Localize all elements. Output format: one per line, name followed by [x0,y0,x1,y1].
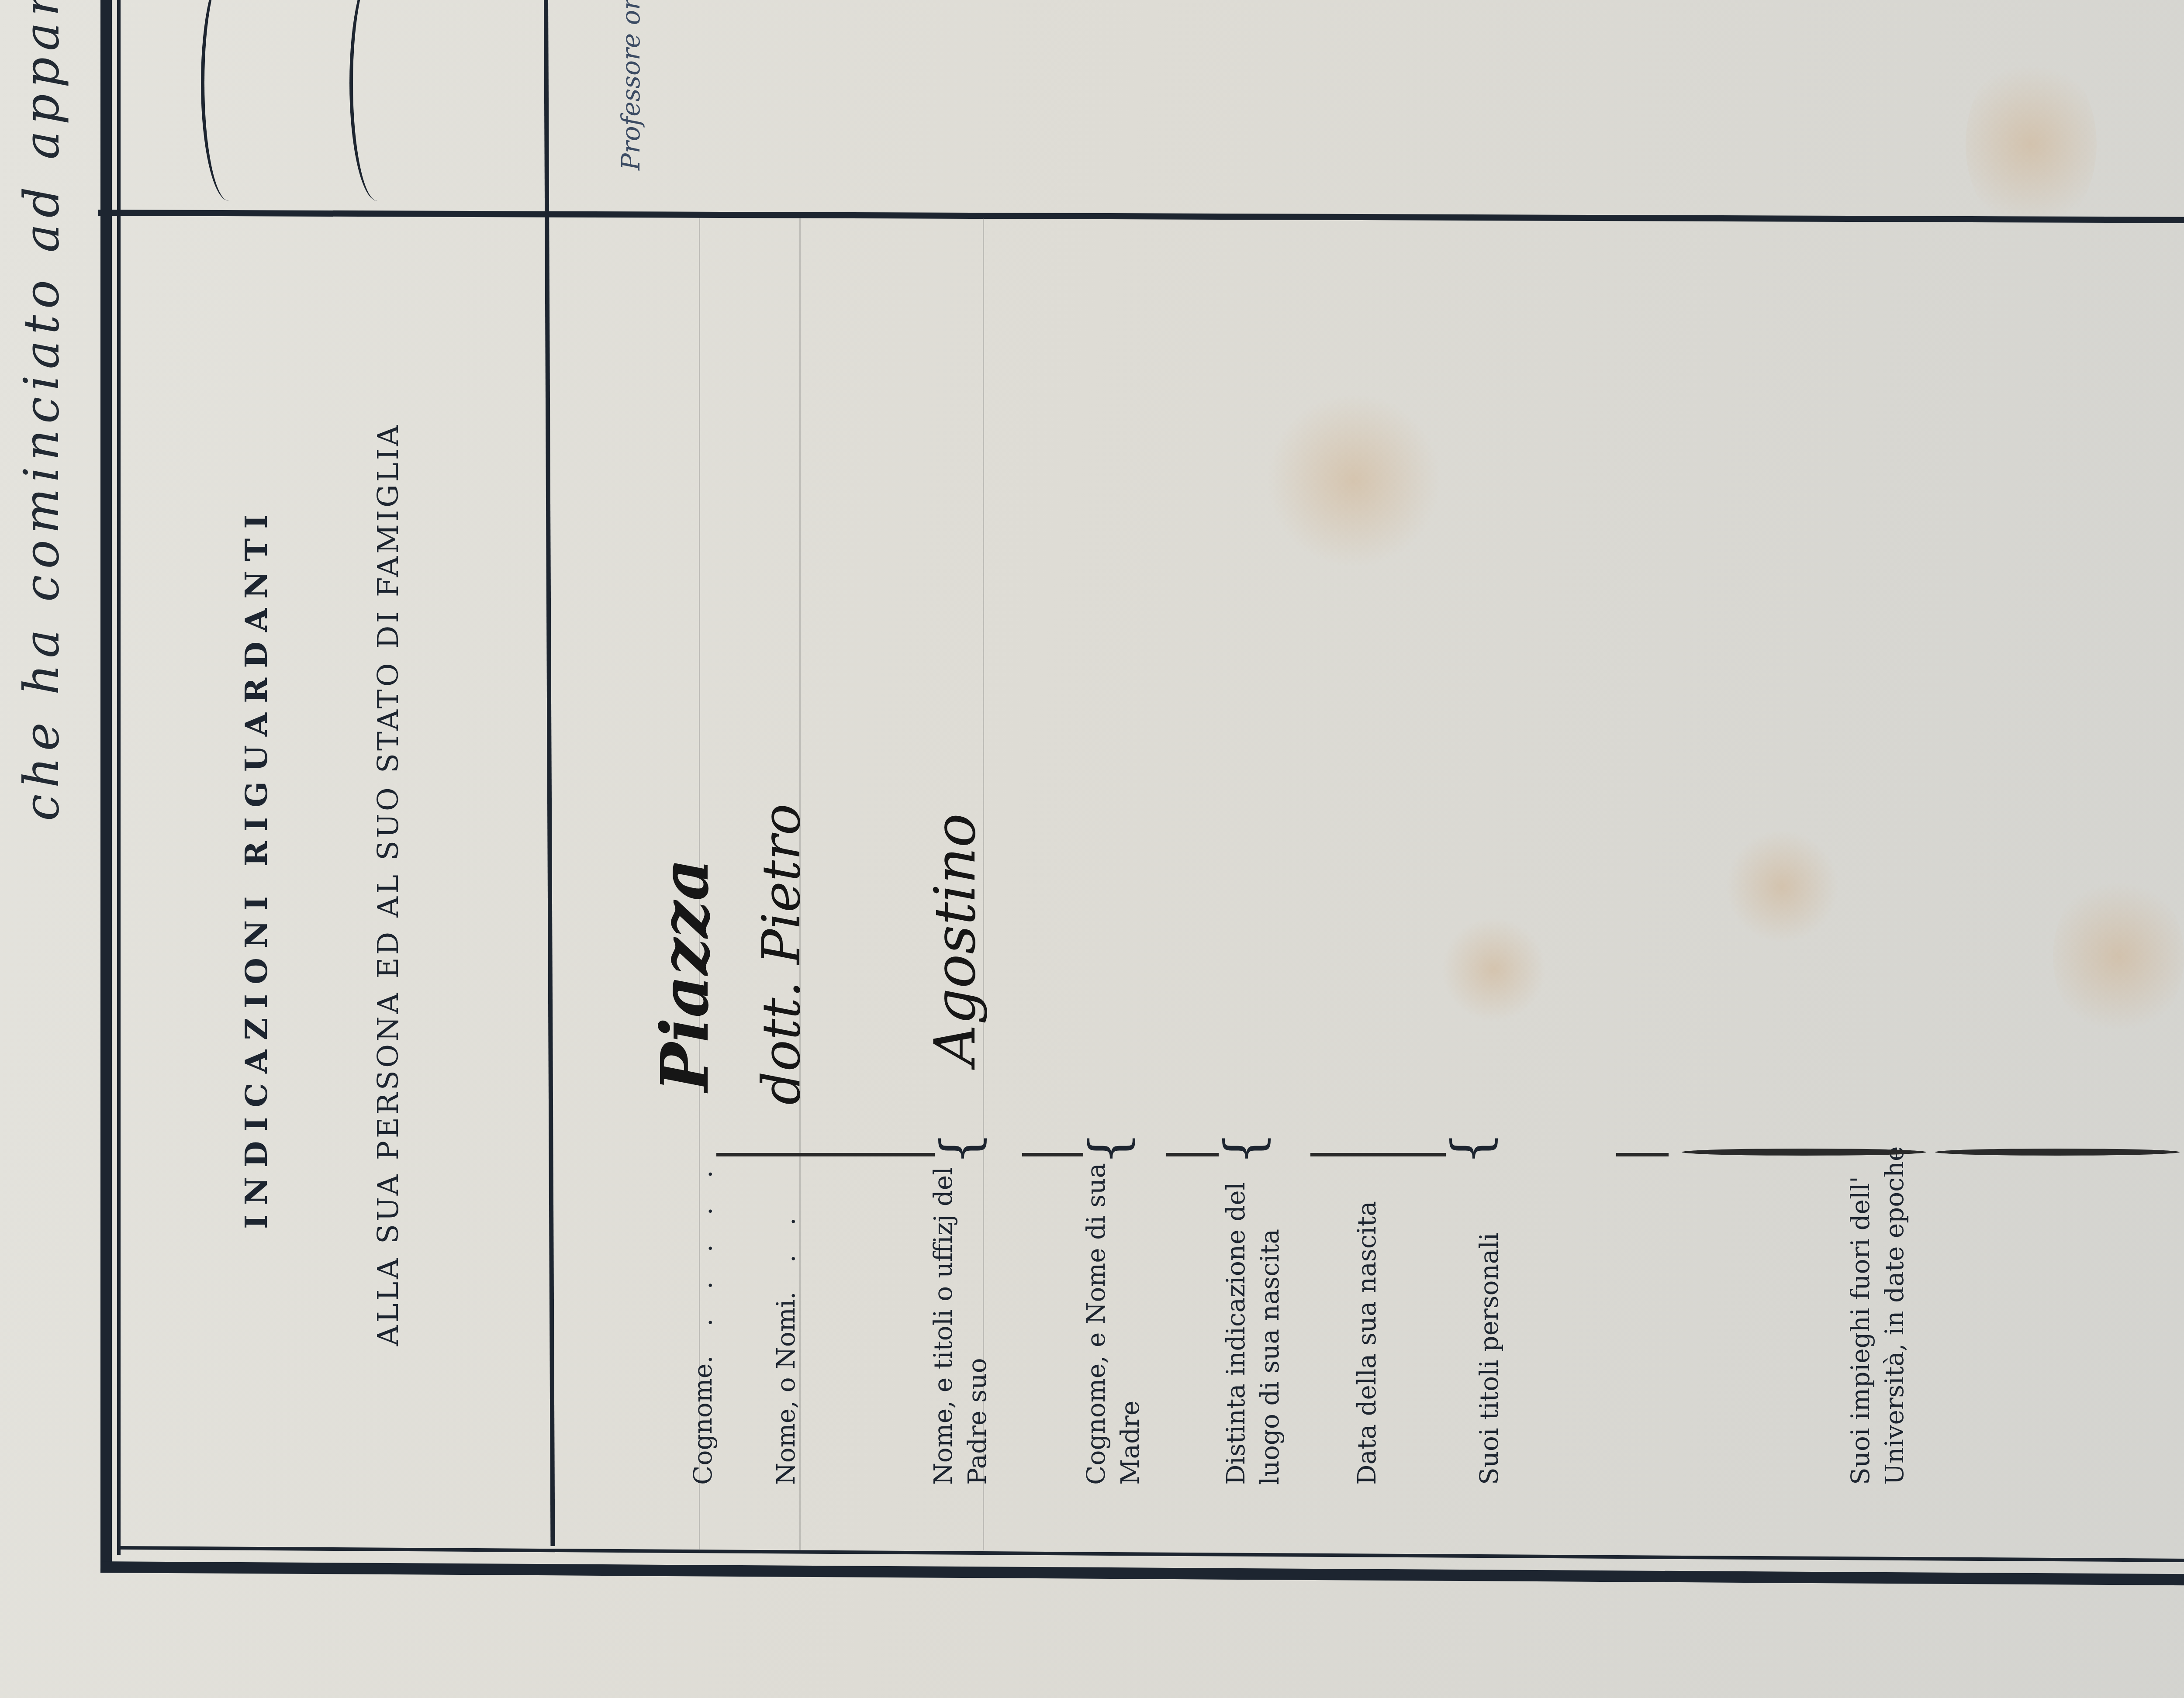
document-photo: che ha cominciato ad appar… INDICAZIONI … [0,0,2184,1698]
field-line [1166,1153,1219,1156]
decorative-brace: { [1441,1132,1502,1165]
label-text: Suoi impieghi fuori dell' Università, in… [1845,1146,1909,1485]
label-text: Nome, e titoli o uffizj del Padre suo [928,1167,992,1485]
frame-border-bottom-inner [117,1546,2184,1563]
margin-note: Professore ordinario [616,4,646,170]
field-label-madre: Cognome, e Nome di sua Madre [1079,1109,1149,1485]
field-line [1310,1153,1446,1156]
label-text: Suoi titoli personali [1474,1232,1504,1485]
paper-stain [1267,393,1441,568]
handwritten-nome: dott. Pietro [751,603,812,1105]
label-text: Cognome [686,1363,720,1485]
decorative-arc [349,0,405,201]
label-text: Data della sua nascita [1352,1201,1382,1485]
frame-border-left-inner [117,0,121,1555]
field-line [1616,1153,1669,1156]
decorative-brace: { [930,1132,991,1165]
field-label-nome: Nome, o Nomi . . . [769,1109,803,1485]
frame-border-left [100,0,112,1572]
label-text: Cognome, e Nome di sua Madre [1081,1163,1145,1485]
decorative-swash [1935,1149,2180,1156]
field-label-impieghi: Suoi impieghi fuori dell' Università, in… [1843,1109,1952,1485]
decorative-brace: { [1214,1132,1275,1165]
label-dots: . . . [769,1207,803,1299]
field-label-luogo-nascita: Distinta indicazione del luogo di sua na… [1219,1109,1293,1485]
field-line [1022,1153,1083,1156]
paper-stain [1966,52,2097,236]
section-divider-top [98,210,2184,223]
label-text: Nome, o Nomi [769,1300,803,1485]
decorative-swash [1682,1149,1926,1156]
field-label-titoli: Suoi titoli personali [1472,1109,1506,1485]
decorative-brace: { [1078,1132,1139,1165]
column-divider [544,0,555,1546]
header-italic-text: che ha cominciato ad appar… [9,0,74,821]
section-subtitle: ALLA SUA PERSONA ED AL SUO STATO DI FAMI… [371,393,405,1376]
paper-stain [1725,830,1839,943]
field-line [716,1153,935,1156]
label-text: Distinta indicazione del luogo di sua na… [1221,1182,1285,1485]
field-label-data-nascita: Data della sua nascita [1350,1109,1384,1485]
frame-border-bottom [100,1561,2184,1586]
field-label-cognome: Cognome . . . . . . [686,1109,720,1485]
handwritten-padre: Agostino [922,664,988,1066]
decorative-arc [201,0,257,201]
label-dots: . . . . . . [686,1160,720,1363]
paper-stain [1441,917,1546,1022]
handwritten-cognome: Piazza [646,751,723,1092]
paper-stain [2053,873,2184,1039]
field-label-padre: Nome, e titoli o uffizj del Padre suo [926,1109,996,1485]
section-title: INDICAZIONI RIGUARDANTI [238,459,274,1275]
